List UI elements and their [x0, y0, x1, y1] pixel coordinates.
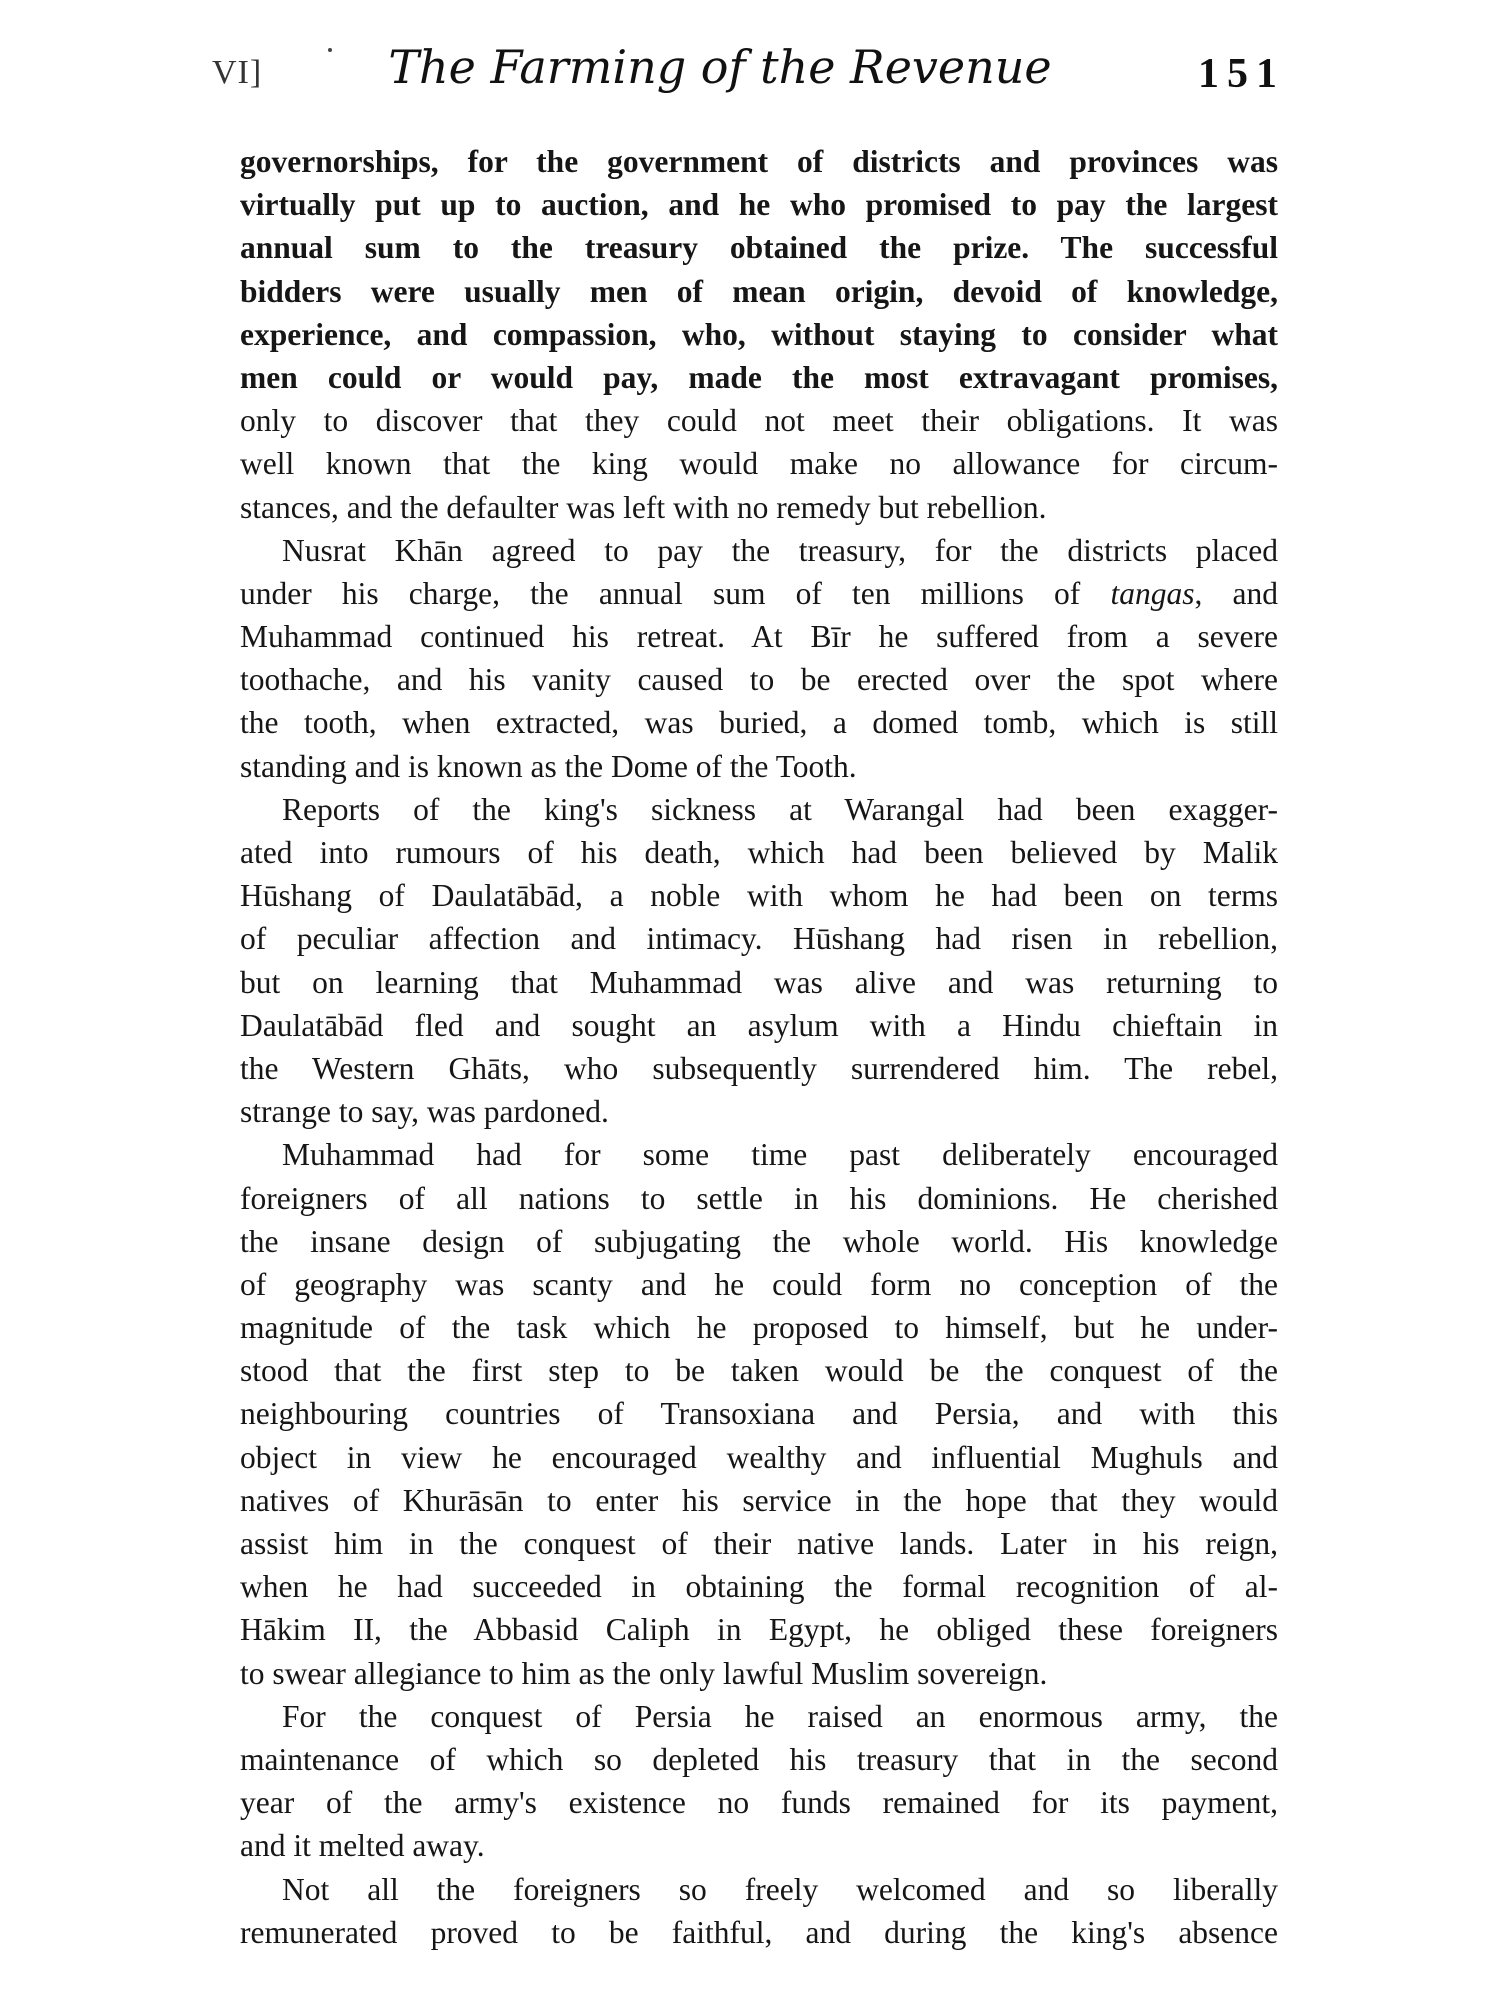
chapter-number: VI]	[212, 54, 262, 92]
italic-term: tangas	[1110, 576, 1194, 611]
text-line: the tooth, when extracted, was buried, a…	[240, 701, 1278, 744]
text-line: of peculiar affection and intimacy. Hūsh…	[240, 917, 1278, 960]
text-line: object in view he encouraged wealthy and…	[240, 1436, 1278, 1479]
text-line: strange to say, was pardoned.	[240, 1090, 1278, 1133]
text-line: neighbouring countries of Transoxiana an…	[240, 1392, 1278, 1435]
text-line: Hākim II, the Abbasid Caliph in Egypt, h…	[240, 1608, 1278, 1651]
text-line: standing and is known as the Dome of the…	[240, 745, 1278, 788]
text-line: well known that the king would make no a…	[240, 442, 1278, 485]
text-line: annual sum to the treasury obtained the …	[240, 226, 1278, 269]
text-line: maintenance of which so depleted his tre…	[240, 1738, 1278, 1781]
text-line: but on learning that Muhammad was alive …	[240, 961, 1278, 1004]
text-line: Muhammad continued his retreat. At Bīr h…	[240, 615, 1278, 658]
text-line: year of the army's existence no funds re…	[240, 1781, 1278, 1824]
text-line: toothache, and his vanity caused to be e…	[240, 658, 1278, 701]
text-line: to swear allegiance to him as the only l…	[240, 1652, 1278, 1695]
text-line: governorships, for the government of dis…	[240, 140, 1278, 183]
text-line: bidders were usually men of mean origin,…	[240, 270, 1278, 313]
page-number: 151	[1198, 50, 1285, 98]
text-line: Nusrat Khān agreed to pay the treasury, …	[240, 529, 1278, 572]
scan-speck	[328, 48, 332, 52]
text-line: foreigners of all nations to settle in h…	[240, 1177, 1278, 1220]
text-line: only to discover that they could not mee…	[240, 399, 1278, 442]
text-line: Muhammad had for some time past delibera…	[240, 1133, 1278, 1176]
text-line: the insane design of subjugating the who…	[240, 1220, 1278, 1263]
text-line: assist him in the conquest of their nati…	[240, 1522, 1278, 1565]
text-line: stances, and the defaulter was left with…	[240, 486, 1278, 529]
text-line: Daulatābād fled and sought an asylum wit…	[240, 1004, 1278, 1047]
text-line: magnitude of the task which he proposed …	[240, 1306, 1278, 1349]
text-line: stood that the first step to be taken wo…	[240, 1349, 1278, 1392]
text-line: Not all the foreigners so freely welcome…	[240, 1868, 1278, 1911]
text-line: and it melted away.	[240, 1824, 1278, 1867]
text-line: remunerated proved to be faithful, and d…	[240, 1911, 1278, 1954]
body-text: governorships, for the government of dis…	[240, 140, 1278, 1954]
text-line: experience, and compassion, who, without…	[240, 313, 1278, 356]
text-line: under his charge, the annual sum of ten …	[240, 572, 1278, 615]
text-line: ated into rumours of his death, which ha…	[240, 831, 1278, 874]
running-header: VI] The Farming of the Revenue 151	[0, 40, 1500, 120]
text-line: Reports of the king's sickness at Warang…	[240, 788, 1278, 831]
text-line: when he had succeeded in obtaining the f…	[240, 1565, 1278, 1608]
text-line: men could or would pay, made the most ex…	[240, 356, 1278, 399]
text-line: the Western Ghāts, who subsequently surr…	[240, 1047, 1278, 1090]
text-line: natives of Khurāsān to enter his service…	[240, 1479, 1278, 1522]
text-line: virtually put up to auction, and he who …	[240, 183, 1278, 226]
text-line: of geography was scanty and he could for…	[240, 1263, 1278, 1306]
text-line: For the conquest of Persia he raised an …	[240, 1695, 1278, 1738]
text-line: Hūshang of Daulatābād, a noble with whom…	[240, 874, 1278, 917]
running-title: The Farming of the Revenue	[340, 40, 1100, 94]
